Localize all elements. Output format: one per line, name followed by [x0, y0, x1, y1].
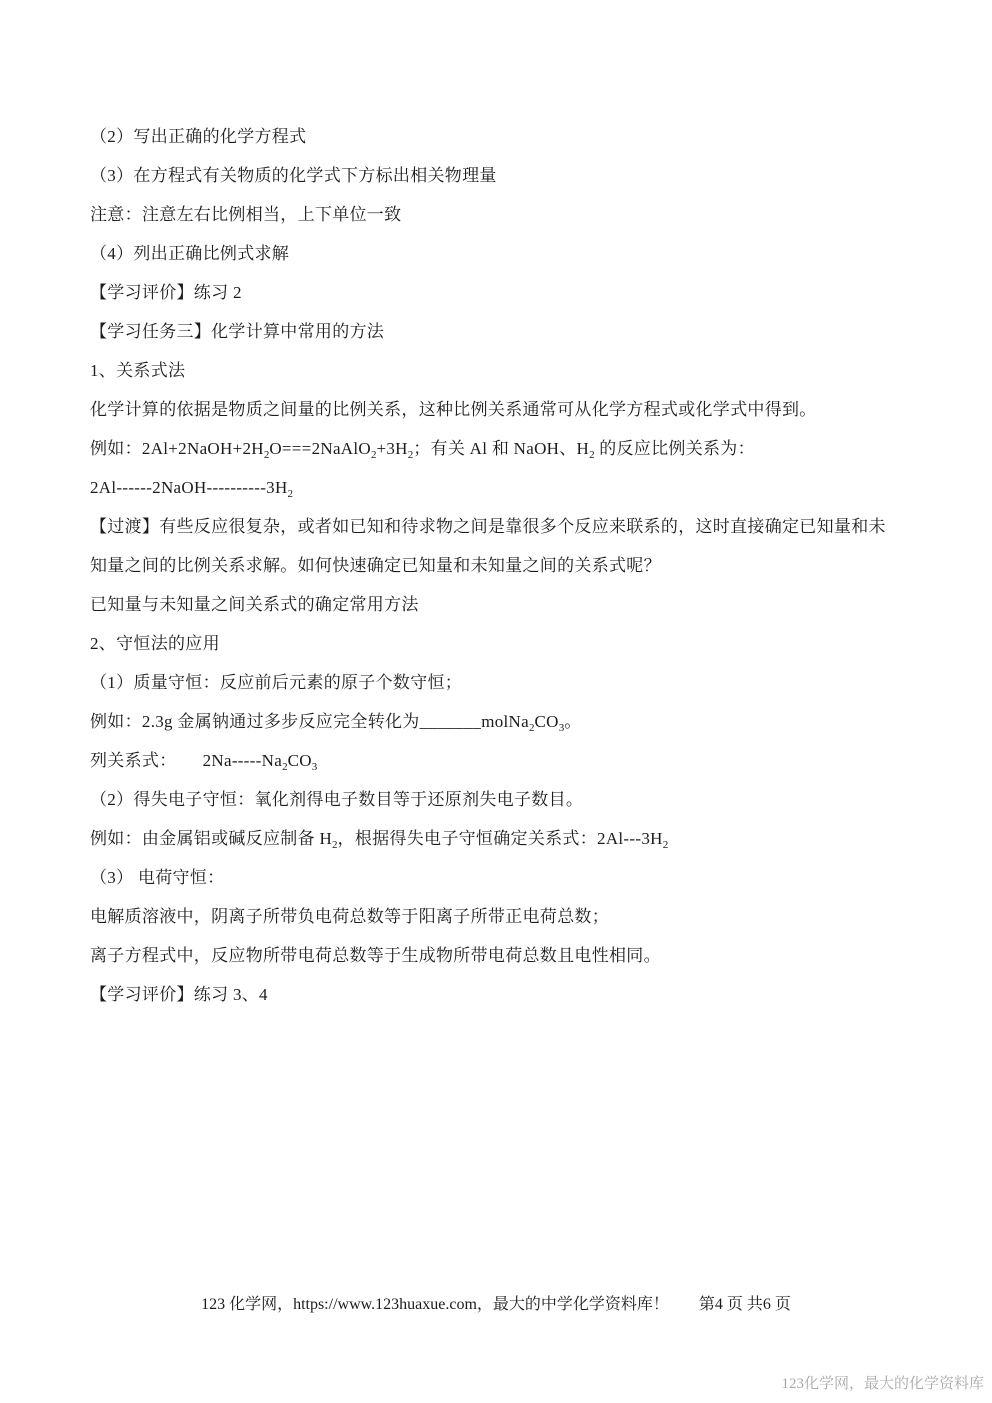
watermark-text: 123化学网，最大的化学资料库: [781, 1374, 984, 1394]
footer-page-number: 第4 页 共6 页: [699, 1296, 791, 1313]
text-line-charge-conservation-desc-2: 离子方程式中，反应物所带电荷总数等于生成物所带电荷总数且电性相同。: [90, 936, 920, 975]
text-line-method-1-desc: 化学计算的依据是物质之间量的比例关系，这种比例关系通常可从化学方程式或化学式中得…: [90, 390, 920, 429]
text-line-electron-conservation: （2）得失电子守恒：氧化剂得电子数目等于还原剂失电子数目。: [90, 780, 920, 819]
text-line-mass-conservation-example: 例如：2.3g 金属钠通过多步反应完全转化为_______molNa2CO3。: [90, 702, 920, 741]
text-line-step-3: （3）在方程式有关物质的化学式下方标出相关物理量: [90, 156, 920, 195]
text-line-charge-conservation-desc-1: 电解质溶液中，阴离子所带负电荷总数等于阳离子所带正电荷总数；: [90, 897, 920, 936]
text-line-transition-line-1: 【过渡】有些反应很复杂，或者如已知和待求物之间是靠很多个反应来联系的，这时直接确…: [90, 507, 920, 546]
text-line-method-2-heading: 2、守恒法的应用: [90, 624, 920, 663]
text-line-transition-line-2: 知量之间的比例关系求解。如何快速确定已知量和未知量之间的关系式呢？: [90, 546, 920, 585]
text-line-task-3-title: 【学习任务三】化学计算中常用的方法: [90, 312, 920, 351]
text-line-known-unknown-method: 已知量与未知量之间关系式的确定常用方法: [90, 585, 920, 624]
document-page: （2）写出正确的化学方程式（3）在方程式有关物质的化学式下方标出相关物理量注意：…: [0, 0, 992, 1403]
text-line-relation-al-naoh-h2: 2Al------2NaOH----------3H2: [90, 468, 920, 507]
text-line-charge-conservation-heading: （3） 电荷守恒：: [90, 858, 920, 897]
text-line-step-4: （4）列出正确比例式求解: [90, 234, 920, 273]
page-footer: 123 化学网，https://www.123huaxue.com，最大的中学化…: [0, 1295, 992, 1315]
document-body: （2）写出正确的化学方程式（3）在方程式有关物质的化学式下方标出相关物理量注意：…: [90, 117, 920, 1014]
text-line-method-1-heading: 1、关系式法: [90, 351, 920, 390]
text-line-relation-na-na2co3: 列关系式： 2Na-----Na2CO3: [90, 741, 920, 780]
text-line-evaluation-practice-2: 【学习评价】练习 2: [90, 273, 920, 312]
text-line-mass-conservation: （1）质量守恒：反应前后元素的原子个数守恒；: [90, 663, 920, 702]
text-line-example-equation: 例如：2Al+2NaOH+2H2O===2NaAlO2+3H2；有关 Al 和 …: [90, 429, 920, 468]
text-line-evaluation-practice-3-4: 【学习评价】练习 3、4: [90, 975, 920, 1014]
text-line-electron-conservation-example: 例如：由金属铝或碱反应制备 H2，根据得失电子守恒确定关系式：2Al---3H2: [90, 819, 920, 858]
text-line-note: 注意：注意左右比例相当，上下单位一致: [90, 195, 920, 234]
footer-site-text: 123 化学网，https://www.123huaxue.com，最大的中学化…: [201, 1296, 669, 1313]
text-line-step-2: （2）写出正确的化学方程式: [90, 117, 920, 156]
